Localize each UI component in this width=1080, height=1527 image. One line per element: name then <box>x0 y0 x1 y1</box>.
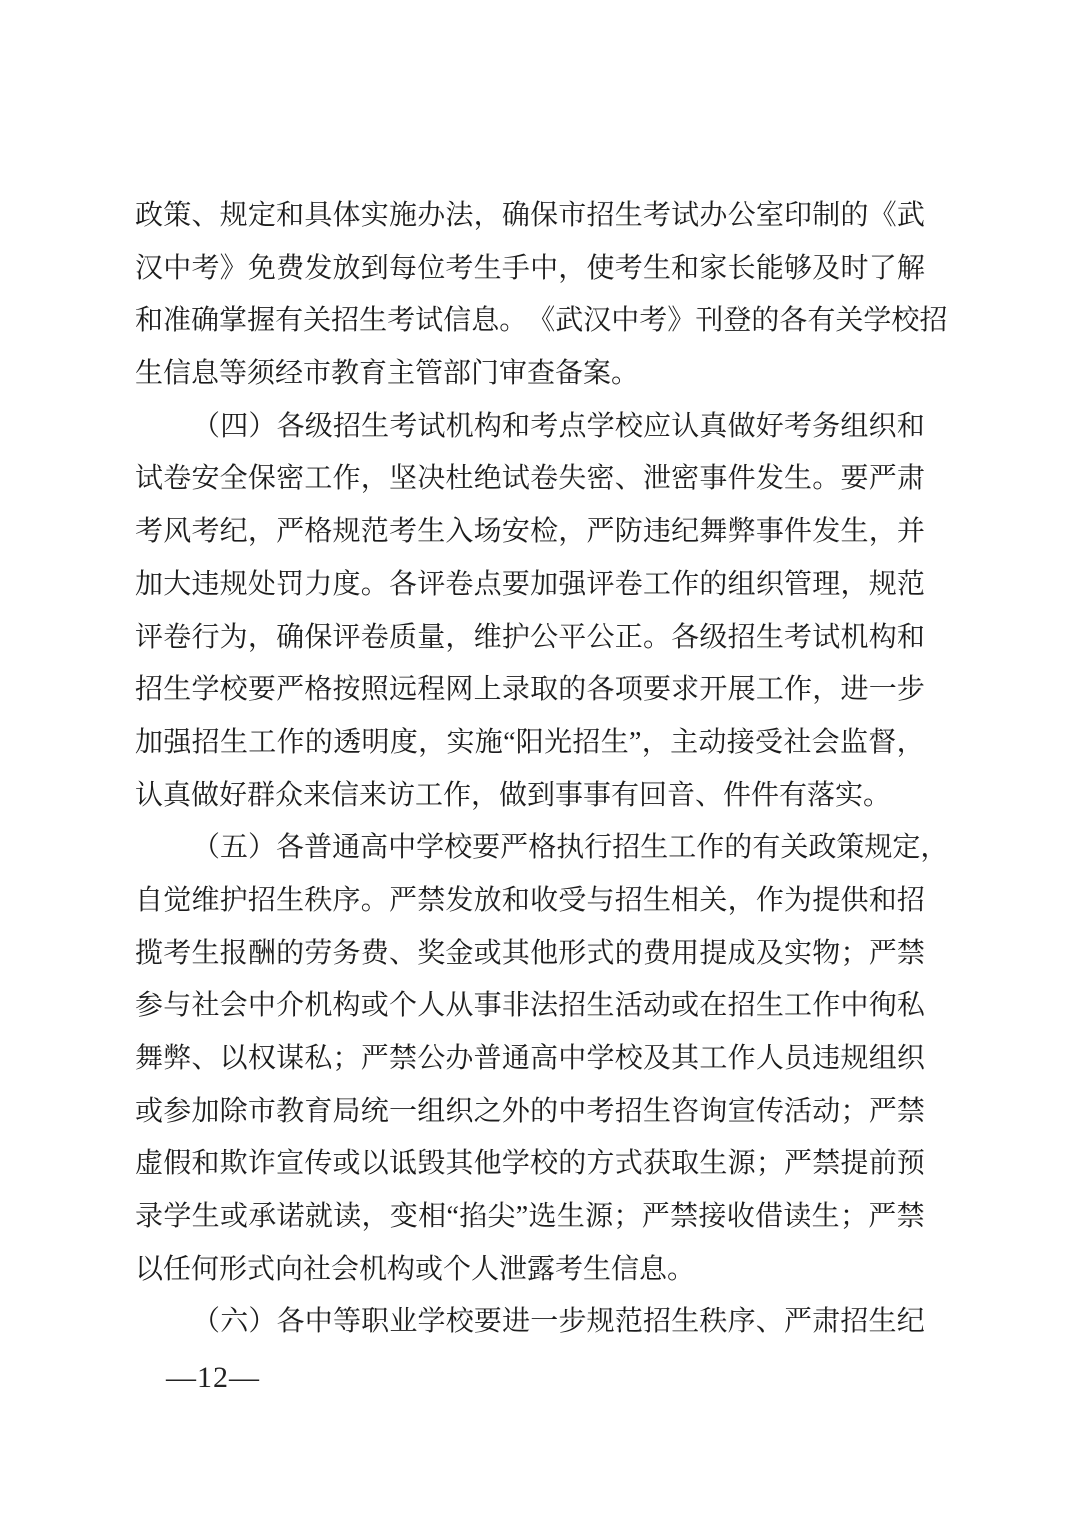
text-line: 揽考生报酬的劳务费、奖金或其他形式的费用提成及实物；严禁 <box>135 928 925 981</box>
text-line: 试卷安全保密工作，坚决杜绝试卷失密、泄密事件发生。要严肃 <box>135 453 925 506</box>
text-line-paragraph-start: （五）各普通高中学校要严格执行招生工作的有关政策规定， <box>135 822 925 875</box>
text-line: 舞弊、以权谋私；严禁公办普通高中学校及其工作人员违规组织 <box>135 1033 925 1086</box>
text-line: 加强招生工作的透明度，实施“阳光招生”，主动接受社会监督， <box>135 717 925 770</box>
text-line: 汉中考》免费发放到每位考生手中，使考生和家长能够及时了解 <box>135 243 925 296</box>
text-line: 或参加除市教育局统一组织之外的中考招生咨询宣传活动；严禁 <box>135 1086 925 1139</box>
text-line-paragraph-end: 以任何形式向社会机构或个人泄露考生信息。 <box>135 1244 925 1297</box>
text-line: 招生学校要严格按照远程网上录取的各项要求开展工作，进一步 <box>135 664 925 717</box>
text-line: 政策、规定和具体实施办法，确保市招生考试办公室印制的《武 <box>135 190 925 243</box>
text-line: 自觉维护招生秩序。严禁发放和收受与招生相关，作为提供和招 <box>135 875 925 928</box>
text-line: 加大违规处罚力度。各评卷点要加强评卷工作的组织管理，规范 <box>135 559 925 612</box>
text-line: 录学生或承诺就读，变相“掐尖”选生源；严禁接收借读生；严禁 <box>135 1191 925 1244</box>
text-line-paragraph-end: 生信息等须经市教育主管部门审查备案。 <box>135 348 925 401</box>
text-line-paragraph-start: （四）各级招生考试机构和考点学校应认真做好考务组织和 <box>135 401 925 454</box>
text-line: 考风考纪，严格规范考生入场安检，严防违纪舞弊事件发生，并 <box>135 506 925 559</box>
document-body: 政策、规定和具体实施办法，确保市招生考试办公室印制的《武 汉中考》免费发放到每位… <box>135 190 925 1349</box>
page-number: —12— <box>166 1358 260 1398</box>
text-line: 和准确掌握有关招生考试信息。《武汉中考》刊登的各有关学校招 <box>135 295 925 348</box>
text-line: 虚假和欺诈宣传或以诋毁其他学校的方式获取生源；严禁提前预 <box>135 1138 925 1191</box>
text-line-paragraph-end: 认真做好群众来信来访工作，做到事事有回音、件件有落实。 <box>135 770 925 823</box>
text-line-paragraph-start: （六）各中等职业学校要进一步规范招生秩序、严肃招生纪 <box>135 1296 925 1349</box>
text-line: 参与社会中介机构或个人从事非法招生活动或在招生工作中徇私 <box>135 980 925 1033</box>
document-page: 政策、规定和具体实施办法，确保市招生考试办公室印制的《武 汉中考》免费发放到每位… <box>0 0 1080 1527</box>
text-line: 评卷行为，确保评卷质量，维护公平公正。各级招生考试机构和 <box>135 612 925 665</box>
